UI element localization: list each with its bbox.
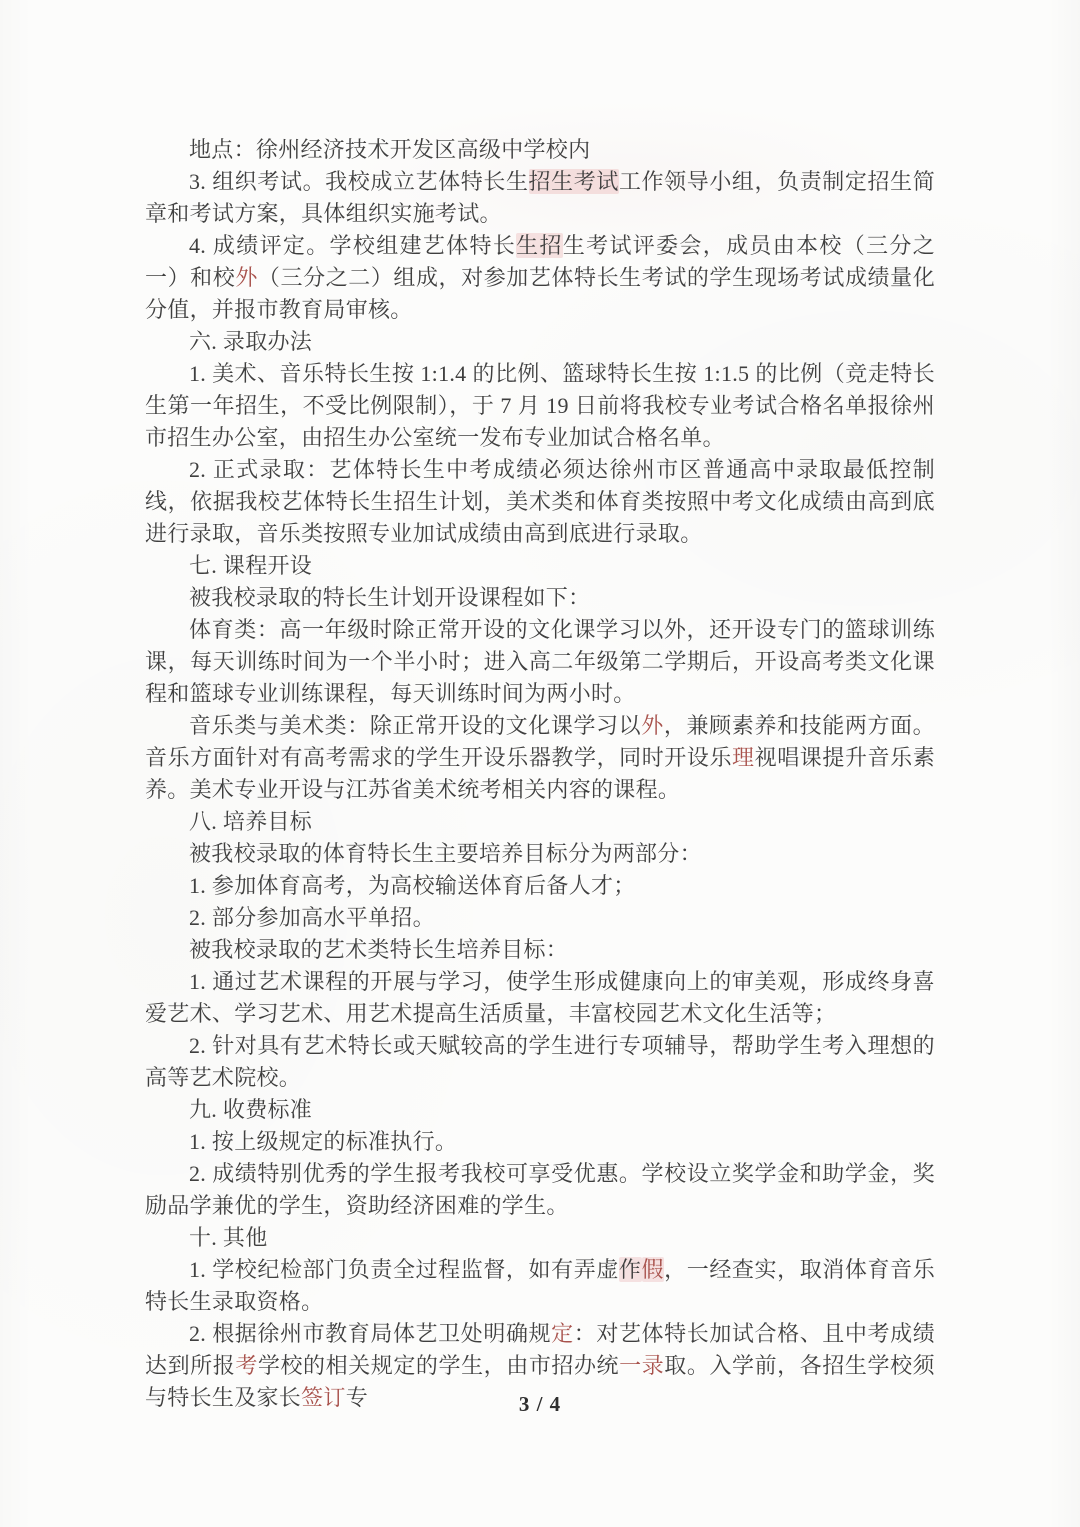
paragraph: 被我校录取的艺术类特长生培养目标： xyxy=(145,934,935,966)
paragraph: 1. 学校纪检部门负责全过程监督，如有弄虚作假，一经查实，取消体育音乐特长生录取… xyxy=(145,1254,935,1318)
paragraph: 3. 组织考试。我校成立艺体特长生招生考试工作领导小组，负责制定招生简章和考试方… xyxy=(145,166,935,230)
paragraph: 2. 成绩特别优秀的学生报考我校可享受优惠。学校设立奖学金和助学金，奖励品学兼优… xyxy=(145,1158,935,1222)
marked-text: 生招 xyxy=(516,233,563,258)
paragraph: 地点：徐州经济技术开发区高级中学校内 xyxy=(145,134,935,166)
paragraph: 九. 收费标准 xyxy=(145,1094,935,1126)
text-run: 被我校录取的艺术类特长生培养目标： xyxy=(189,937,568,962)
text-run: 七. 课程开设 xyxy=(189,553,312,578)
paragraph: 1. 美术、音乐特长生按 1:1.4 的比例、篮球特长生按 1:1.5 的比例（… xyxy=(145,358,935,454)
paragraph: 八. 培养目标 xyxy=(145,806,935,838)
paragraph: 2. 部分参加高水平单招。 xyxy=(145,902,935,934)
text-run: 学校的相关规定的学生，由市招办统 xyxy=(258,1353,619,1378)
paragraph: 4. 成绩评定。学校组建艺体特长生招生考试评委会，成员由本校（三分之一）和校外（… xyxy=(145,230,935,326)
marked-text: 作 xyxy=(619,1257,642,1282)
text-run: 体育类：高一年级时除正常开设的文化课学习以外，还开设专门的篮球训练课，每天训练时… xyxy=(145,617,935,706)
paragraph: 2. 针对具有艺术特长或天赋较高的学生进行专项辅导，帮助学生考入理想的高等艺术院… xyxy=(145,1030,935,1094)
text-run: （三分之二）组成，对参加艺体特长生考试的学生现场考试成绩量化分值，并报市教育局审… xyxy=(145,265,935,322)
text-run: 2. 部分参加高水平单招。 xyxy=(189,905,435,930)
paragraph: 被我校录取的体育特长生主要培养目标分为两部分： xyxy=(145,838,935,870)
paragraph: 被我校录取的特长生计划开设课程如下： xyxy=(145,582,935,614)
marked-text: 考 xyxy=(235,1353,258,1378)
scanned-document-page: 地点：徐州经济技术开发区高级中学校内3. 组织考试。我校成立艺体特长生招生考试工… xyxy=(0,0,1080,1527)
paragraph: 音乐类与美术类：除正常开设的文化课学习以外，兼顾素养和技能两方面。音乐方面针对有… xyxy=(145,710,935,806)
text-run: 1. 按上级规定的标准执行。 xyxy=(189,1129,457,1154)
paragraph: 1. 按上级规定的标准执行。 xyxy=(145,1126,935,1158)
text-run: 十. 其他 xyxy=(189,1225,268,1250)
marked-text: 外 xyxy=(641,713,664,738)
text-run: 1. 通过艺术课程的开展与学习，使学生形成健康向上的审美观，形成终身喜爱艺术、学… xyxy=(145,969,935,1026)
paragraph: 2. 正式录取：艺体特长生中考成绩必须达徐州市区普通高中录取最低控制线，依据我校… xyxy=(145,454,935,550)
paragraph: 1. 参加体育高考，为高校输送体育后备人才； xyxy=(145,870,935,902)
marked-text: 一录 xyxy=(619,1353,664,1378)
paragraph: 六. 录取办法 xyxy=(145,326,935,358)
paragraph: 十. 其他 xyxy=(145,1222,935,1254)
text-run: 2. 正式录取：艺体特长生中考成绩必须达徐州市区普通高中录取最低控制线，依据我校… xyxy=(145,457,935,546)
text-run: 1. 美术、音乐特长生按 1:1.4 的比例、篮球特长生按 1:1.5 的比例（… xyxy=(145,361,935,450)
text-run: 4. 成绩评定。学校组建艺体特长 xyxy=(189,233,516,258)
text-run: 2. 根据徐州市教育局体艺卫处明确规 xyxy=(189,1321,551,1346)
paragraph: 1. 通过艺术课程的开展与学习，使学生形成健康向上的审美观，形成终身喜爱艺术、学… xyxy=(145,966,935,1030)
text-run: 音乐类与美术类：除正常开设的文化课学习以 xyxy=(189,713,641,738)
marked-text: 理 xyxy=(732,745,755,770)
text-run: 1. 参加体育高考，为高校输送体育后备人才； xyxy=(189,873,636,898)
paragraph: 七. 课程开设 xyxy=(145,550,935,582)
marked-text: 外 xyxy=(235,265,258,290)
page-number: 3 / 4 xyxy=(0,1392,1080,1417)
marked-text: 招生考试 xyxy=(529,169,619,194)
text-run: 2. 成绩特别优秀的学生报考我校可享受优惠。学校设立奖学金和助学金，奖励品学兼优… xyxy=(145,1161,935,1218)
text-run: 地点：徐州经济技术开发区高级中学校内 xyxy=(189,137,590,162)
text-run: 2. 针对具有艺术特长或天赋较高的学生进行专项辅导，帮助学生考入理想的高等艺术院… xyxy=(145,1033,935,1090)
marked-text: 定 xyxy=(551,1321,574,1346)
text-run: 被我校录取的特长生计划开设课程如下： xyxy=(189,585,590,610)
document-body: 地点：徐州经济技术开发区高级中学校内3. 组织考试。我校成立艺体特长生招生考试工… xyxy=(145,134,935,1414)
text-run: 3. 组织考试。我校成立艺体特长生 xyxy=(189,169,529,194)
text-run: 九. 收费标准 xyxy=(189,1097,312,1122)
paragraph: 体育类：高一年级时除正常开设的文化课学习以外，还开设专门的篮球训练课，每天训练时… xyxy=(145,614,935,710)
text-run: 1. 学校纪检部门负责全过程监督，如有弄虚 xyxy=(189,1257,619,1282)
marked-text: 假 xyxy=(642,1257,665,1282)
text-run: 八. 培养目标 xyxy=(189,809,312,834)
text-run: 六. 录取办法 xyxy=(189,329,312,354)
text-run: 被我校录取的体育特长生主要培养目标分为两部分： xyxy=(189,841,702,866)
